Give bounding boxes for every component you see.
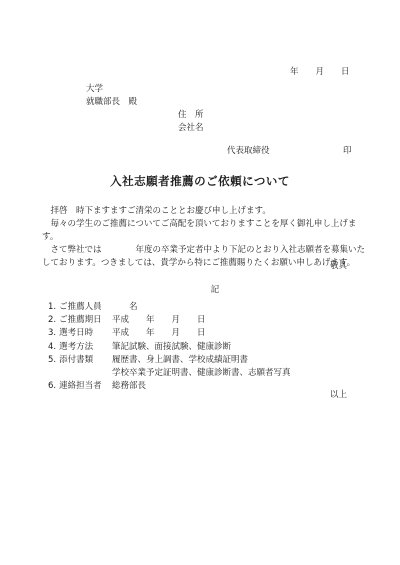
closing-word: 敬具	[330, 261, 347, 272]
item-label: 3.選考日時	[48, 327, 112, 340]
item-label: 4.選考方法	[48, 341, 112, 354]
sender-company-label: 会社名	[178, 123, 204, 134]
item-value: 学校卒業予定証明書、健康診断書、志願者写真	[112, 367, 291, 380]
sender-address-label: 住 所	[178, 110, 204, 121]
body-paragraph-2: さて弊社では 年度の卒業予定者中より下記のとおり入社志願者を募集いたしております…	[42, 244, 368, 270]
item-value: 名	[112, 301, 138, 314]
sender-representative-title: 代表取締役	[227, 146, 270, 157]
greeting-line: 拝啓 時下ますますご清栄のこととお慶び申し上げます。	[42, 205, 368, 218]
item-label: 2.ご推薦期日	[48, 314, 112, 327]
record-item-1: 1.ご推薦人員 名	[48, 301, 368, 314]
item-label-empty	[48, 367, 112, 380]
recipient-university: 大学	[86, 84, 103, 95]
letter-page: 年 月 日 大学 就職部長 殿 住 所 会社名 代表取締役 印 入社志願者推薦の…	[0, 0, 400, 565]
record-item-2: 2.ご推薦期日 平成 年 月 日	[48, 314, 368, 327]
record-item-6: 6.連絡担当者 総務部長	[48, 380, 368, 393]
letter-body: 拝啓 時下ますますご清栄のこととお慶び申し上げます。 毎々の学生のご推薦について…	[42, 205, 368, 270]
record-item-5-continuation: 学校卒業予定証明書、健康診断書、志願者写真	[48, 367, 368, 380]
document-title: 入社志願者推薦のご依頼について	[0, 176, 400, 187]
item-value: 平成 年 月 日	[112, 327, 206, 340]
item-value: 総務部長	[112, 380, 146, 393]
record-item-3: 3.選考日時 平成 年 月 日	[48, 327, 368, 340]
item-label: 1.ご推薦人員	[48, 301, 112, 314]
record-items-list: 1.ご推薦人員 名 2.ご推薦期日 平成 年 月 日 3.選考日時 平成 年 月…	[48, 301, 368, 393]
date-line: 年 月 日	[290, 67, 350, 78]
recipient-department-head: 就職部長 殿	[86, 97, 137, 108]
record-marker: 記	[0, 285, 400, 296]
record-item-5: 5.添付書類 履歴書、身上調書、学校成績証明書	[48, 354, 368, 367]
item-label: 6.連絡担当者	[48, 380, 112, 393]
item-value: 履歴書、身上調書、学校成績証明書	[112, 354, 248, 367]
body-paragraph-1: 毎々の学生のご推薦についてご高配を頂いておりますことを厚く御礼申し上げます。	[42, 218, 368, 244]
item-label: 5.添付書類	[48, 354, 112, 367]
seal-mark: 印	[343, 146, 352, 157]
end-marker: 以上	[330, 390, 347, 401]
item-value: 平成 年 月 日	[112, 314, 206, 327]
record-item-4: 4.選考方法 筆記試験、面接試験、健康診断	[48, 341, 368, 354]
item-value: 筆記試験、面接試験、健康診断	[112, 341, 231, 354]
